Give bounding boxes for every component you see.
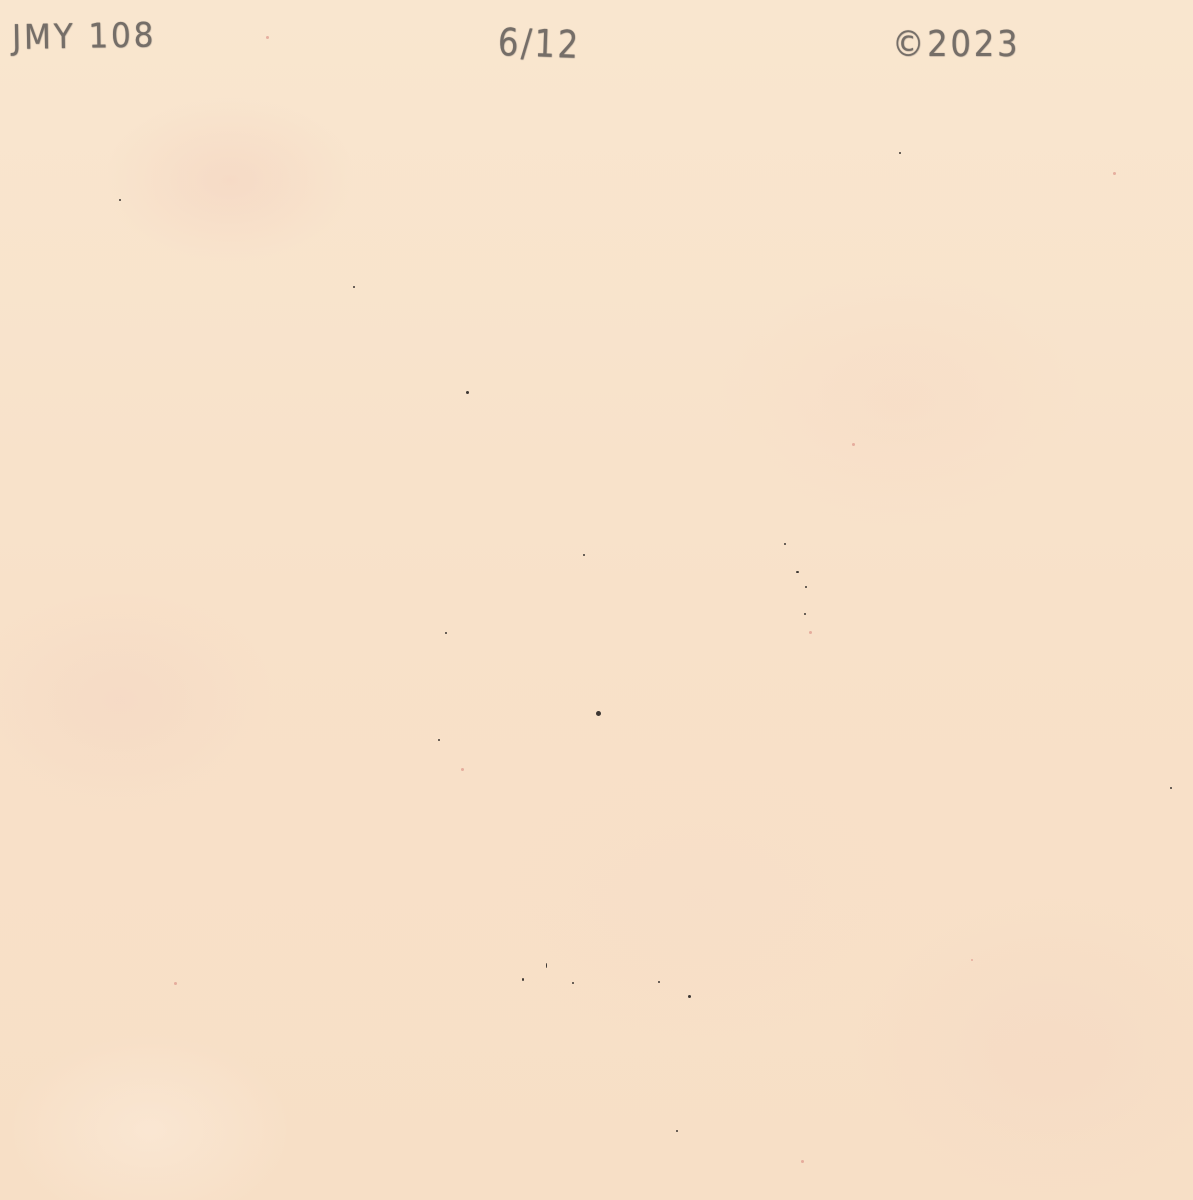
edition-number: 6/12 [497, 20, 581, 67]
paper-speck [899, 152, 901, 154]
paper-speck [688, 995, 691, 998]
paper-speck [119, 199, 121, 201]
paper-speck [676, 1130, 678, 1132]
paper-speck [805, 586, 807, 588]
paper-speck [801, 1160, 804, 1163]
paper-speck [796, 571, 799, 573]
paper-sheet: JMY 108 6/12 ©2023 [0, 0, 1193, 1200]
paper-speck [658, 981, 660, 983]
paper-speck [445, 632, 447, 634]
paper-speck [546, 963, 547, 968]
paper-speck [1113, 172, 1116, 175]
paper-speck [852, 443, 855, 446]
paper-speck [1170, 787, 1172, 789]
paper-speck [466, 391, 469, 394]
paper-speck [971, 959, 973, 961]
paper-speck [583, 554, 585, 556]
copyright-notice: ©2023 [892, 24, 1020, 65]
paper-speck [596, 711, 601, 716]
paper-speck [353, 286, 355, 288]
paper-speck [461, 768, 464, 771]
paper-speck [809, 631, 812, 634]
paper-speck [174, 982, 177, 985]
paper-speck [572, 982, 574, 984]
paper-speck [804, 613, 806, 615]
paper-speck [438, 739, 440, 741]
paper-speck [522, 978, 524, 981]
paper-speck [266, 36, 269, 39]
reference-code: JMY 108 [12, 15, 157, 58]
paper-speck [784, 543, 786, 545]
